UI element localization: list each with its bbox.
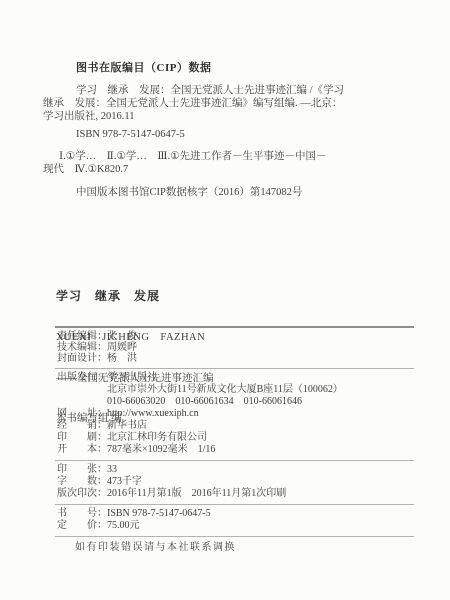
reprint-exchange-note: 如有印装错误请与本社联系调换: [75, 538, 236, 553]
colophon-label: 印 张：: [57, 464, 107, 476]
colophon-section: 责任编辑：张 俊 技术编辑：周媛晔 封面设计：杨 洪 出版发行：学习出版社 北京…: [55, 326, 414, 537]
colophon-row-cover-design: 封面设计：杨 洪: [57, 354, 414, 365]
colophon-value: 010-66063020 010-66061634 010-66061646: [107, 396, 302, 407]
colophon-row-publisher-phones: 010-66063020 010-66061634 010-66061646: [57, 396, 414, 408]
colophon-row-word-count: 字 数：473千字: [57, 476, 414, 488]
colophon-label: 技术编辑：: [57, 343, 107, 354]
cip-record-number: 中国版本图书馆CIP数据核字（2016）第147082号: [43, 186, 419, 199]
colophon-row-publisher: 出版发行：学习出版社: [57, 372, 414, 384]
cip-classification-line-2: 现代 Ⅳ.①K820.7: [43, 163, 419, 176]
cip-heading: 图书在版编目（CIP）数据: [76, 62, 419, 75]
colophon-row-publisher-address: 北京市崇外大街11号新成文化大厦B座11层（100062）: [57, 384, 414, 396]
colophon-label: 定 价：: [57, 520, 107, 532]
cip-section: 图书在版编目（CIP）数据 学习 继承 发展：全国无党派人士先进事迹汇编 /《学…: [43, 62, 419, 199]
colophon-row-printer: 印 刷：北京汇林印务有限公司: [57, 432, 414, 444]
book-copyright-page: 图书在版编目（CIP）数据 学习 继承 发展：全国无党派人士先进事迹汇编 /《学…: [0, 0, 450, 600]
cip-entry-line-3: 学习出版社, 2016.11: [43, 110, 419, 123]
printing-group: 印 张：33 字 数：473千字 版次印次：2016年11月第1版 2016年1…: [55, 461, 414, 504]
colophon-label: 开 本：: [57, 444, 107, 456]
colophon-row-printed-sheets: 印 张：33: [57, 464, 414, 476]
colophon-value: ISBN 978-7-5147-0647-5: [107, 508, 211, 519]
colophon-value: 473千字: [107, 476, 142, 487]
editorial-staff-group: 责任编辑：张 俊 技术编辑：周媛晔 封面设计：杨 洪: [55, 328, 414, 368]
colophon-value: 张 俊: [107, 331, 137, 342]
colophon-row-edition: 版次印次：2016年11月第1版 2016年11月第1次印刷: [57, 488, 414, 500]
cip-entry-line-2: 继承 发展：全国无党派人士先进事迹汇编》编写组编. —北京：: [43, 97, 419, 110]
colophon-row-book-number: 书 号：ISBN 978-7-5147-0647-5: [57, 508, 414, 520]
colophon-label: 书 号：: [57, 508, 107, 520]
book-title: 学习 继承 发展: [56, 289, 214, 304]
publishing-group: 出版发行：学习出版社 北京市崇外大街11号新成文化大厦B座11层（100062）…: [55, 369, 414, 460]
colophon-value: 杨 洪: [107, 353, 137, 364]
colophon-value: 北京汇林印务有限公司: [107, 432, 207, 443]
cip-classification-line-1: Ⅰ.①学… Ⅱ.①学… Ⅲ.①先进工作者－生平事迹－中国－: [43, 150, 419, 163]
colophon-label: 印 刷：: [57, 432, 107, 444]
colophon-label: 版次印次：: [57, 488, 107, 500]
colophon-value: 2016年11月第1版 2016年11月第1次印刷: [107, 488, 286, 499]
pricing-group: 书 号：ISBN 978-7-5147-0647-5 定 价：75.00元: [55, 505, 414, 536]
cip-entry-line-1: 学习 继承 发展：全国无党派人士先进事迹汇编 /《学习: [43, 84, 419, 97]
colophon-value: 75.00元: [107, 520, 140, 531]
colophon-label: 封面设计：: [57, 354, 107, 365]
colophon-label: 网 址：: [57, 408, 107, 420]
colophon-value: 学习出版社: [107, 372, 157, 383]
isbn-line: ISBN 978-7-5147-0647-5: [43, 128, 419, 141]
colophon-label: 经 销：: [57, 420, 107, 432]
colophon-row-price: 定 价：75.00元: [57, 520, 414, 532]
colophon-value: 33: [107, 464, 117, 475]
colophon-label: 出版发行：: [57, 372, 107, 384]
colophon-value: 周媛晔: [107, 342, 137, 353]
colophon-row-format: 开 本：787毫米×1092毫米 1/16: [57, 444, 414, 456]
colophon-value: 787毫米×1092毫米 1/16: [107, 444, 215, 455]
colophon-value: 北京市崇外大街11号新成文化大厦B座11层（100062）: [107, 384, 343, 395]
colophon-value: 新华书店: [107, 420, 147, 431]
colophon-row-website: 网 址：http://www.xuexiph.cn: [57, 408, 414, 420]
colophon-label: 字 数：: [57, 476, 107, 488]
colophon-value: http://www.xuexiph.cn: [107, 408, 199, 419]
colophon-row-distributor: 经 销：新华书店: [57, 420, 414, 432]
